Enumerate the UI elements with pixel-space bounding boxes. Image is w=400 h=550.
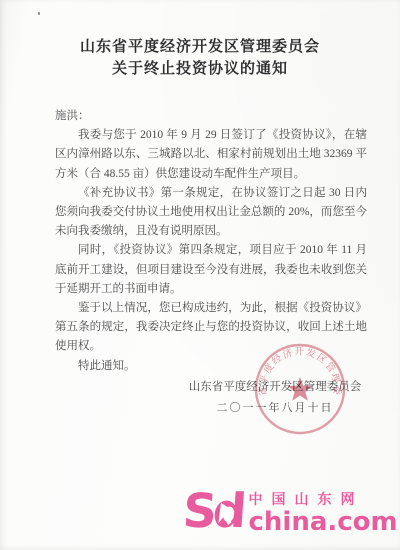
- site-watermark: Sd 中国山东网 china.com: [183, 487, 398, 539]
- body-paragraphs: 我委与您于 2010 年 9 月 29 日签订了《投资协议》，在辖区内漳州路以东…: [55, 126, 367, 376]
- watermark-text: 中国山东网 china.com: [249, 487, 398, 535]
- paragraph: 《补充协议书》第一条规定，在协议签订之日起 30 日内您须向我委交付协议土地使用…: [55, 184, 367, 242]
- signature-block: 山东省平度经济开发区管理委员会 二〇一一年八月十日: [185, 377, 365, 419]
- document-title: 山东省平度经济开发区管理委员会 关于终止投资协议的通知: [0, 36, 400, 80]
- logo-text: Sd: [181, 484, 244, 539]
- document-body: 施洪： 我委与您于 2010 年 9 月 29 日签订了《投资协议》，在辖区内漳…: [55, 107, 367, 376]
- paragraph: 鉴于以上情况，您已构成违约，为此，根据《投资协议》第五条的规定，我委决定终止与您…: [55, 299, 367, 357]
- title-line-2: 关于终止投资协议的通知: [0, 58, 400, 80]
- title-line-1: 山东省平度经济开发区管理委员会: [0, 36, 400, 58]
- salutation: 施洪：: [55, 107, 367, 126]
- watermark-domain: china.com: [249, 509, 398, 535]
- mouse-cursor-icon: [215, 501, 239, 527]
- paragraph: 同时，《投资协议》第四条规定，项目应于 2010 年 11 月底前开工建设，但项…: [55, 241, 367, 299]
- sdchina-logo: Sd: [181, 487, 244, 537]
- paragraph: 我委与您于 2010 年 9 月 29 日签订了《投资协议》，在辖区内漳州路以东…: [55, 126, 367, 184]
- paragraph: 特此通知。: [55, 357, 367, 376]
- signature-org: 山东省平度经济开发区管理委员会: [185, 377, 365, 398]
- scan-speck: [38, 12, 40, 15]
- signature-date: 二〇一一年八月十日: [185, 398, 365, 419]
- scanned-document-page: 山东省平度经济开发区管理委员会 关于终止投资协议的通知 施洪： 我委与您于 20…: [0, 0, 400, 550]
- watermark-chinese-name: 中国山东网: [249, 492, 398, 508]
